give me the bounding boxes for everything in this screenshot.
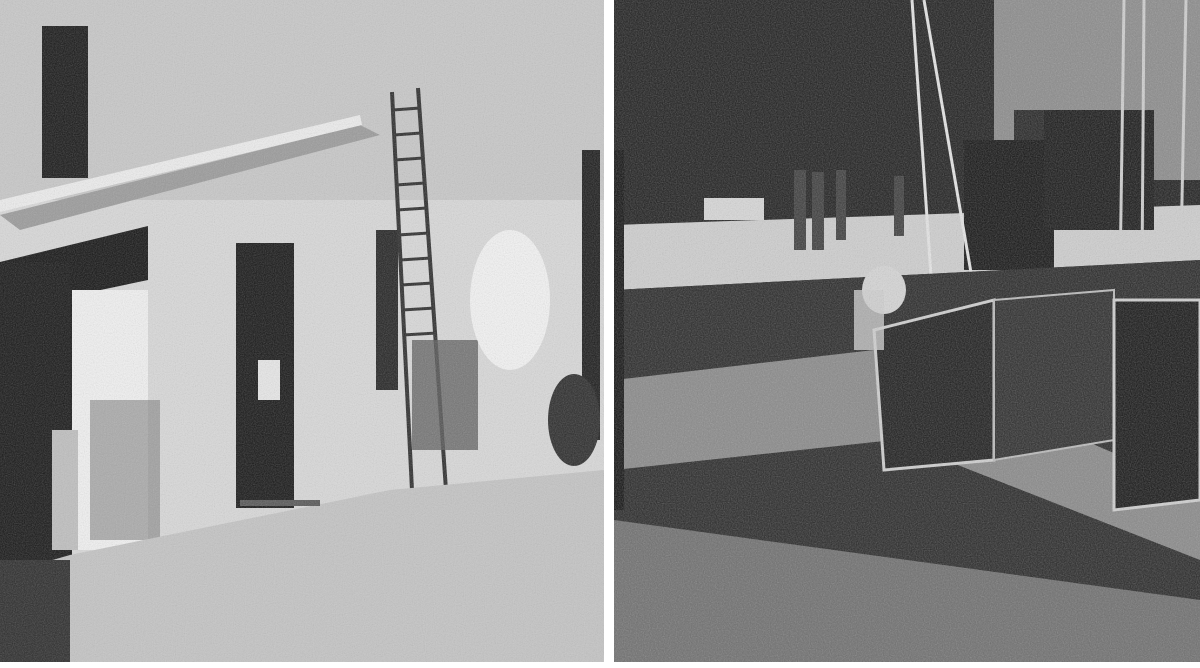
photo-figure: [0, 0, 1200, 668]
photo-panel-right: [614, 0, 1200, 662]
photo-panel-left: [0, 0, 604, 662]
right-photo: [614, 0, 1200, 662]
left-photo: [0, 0, 604, 662]
